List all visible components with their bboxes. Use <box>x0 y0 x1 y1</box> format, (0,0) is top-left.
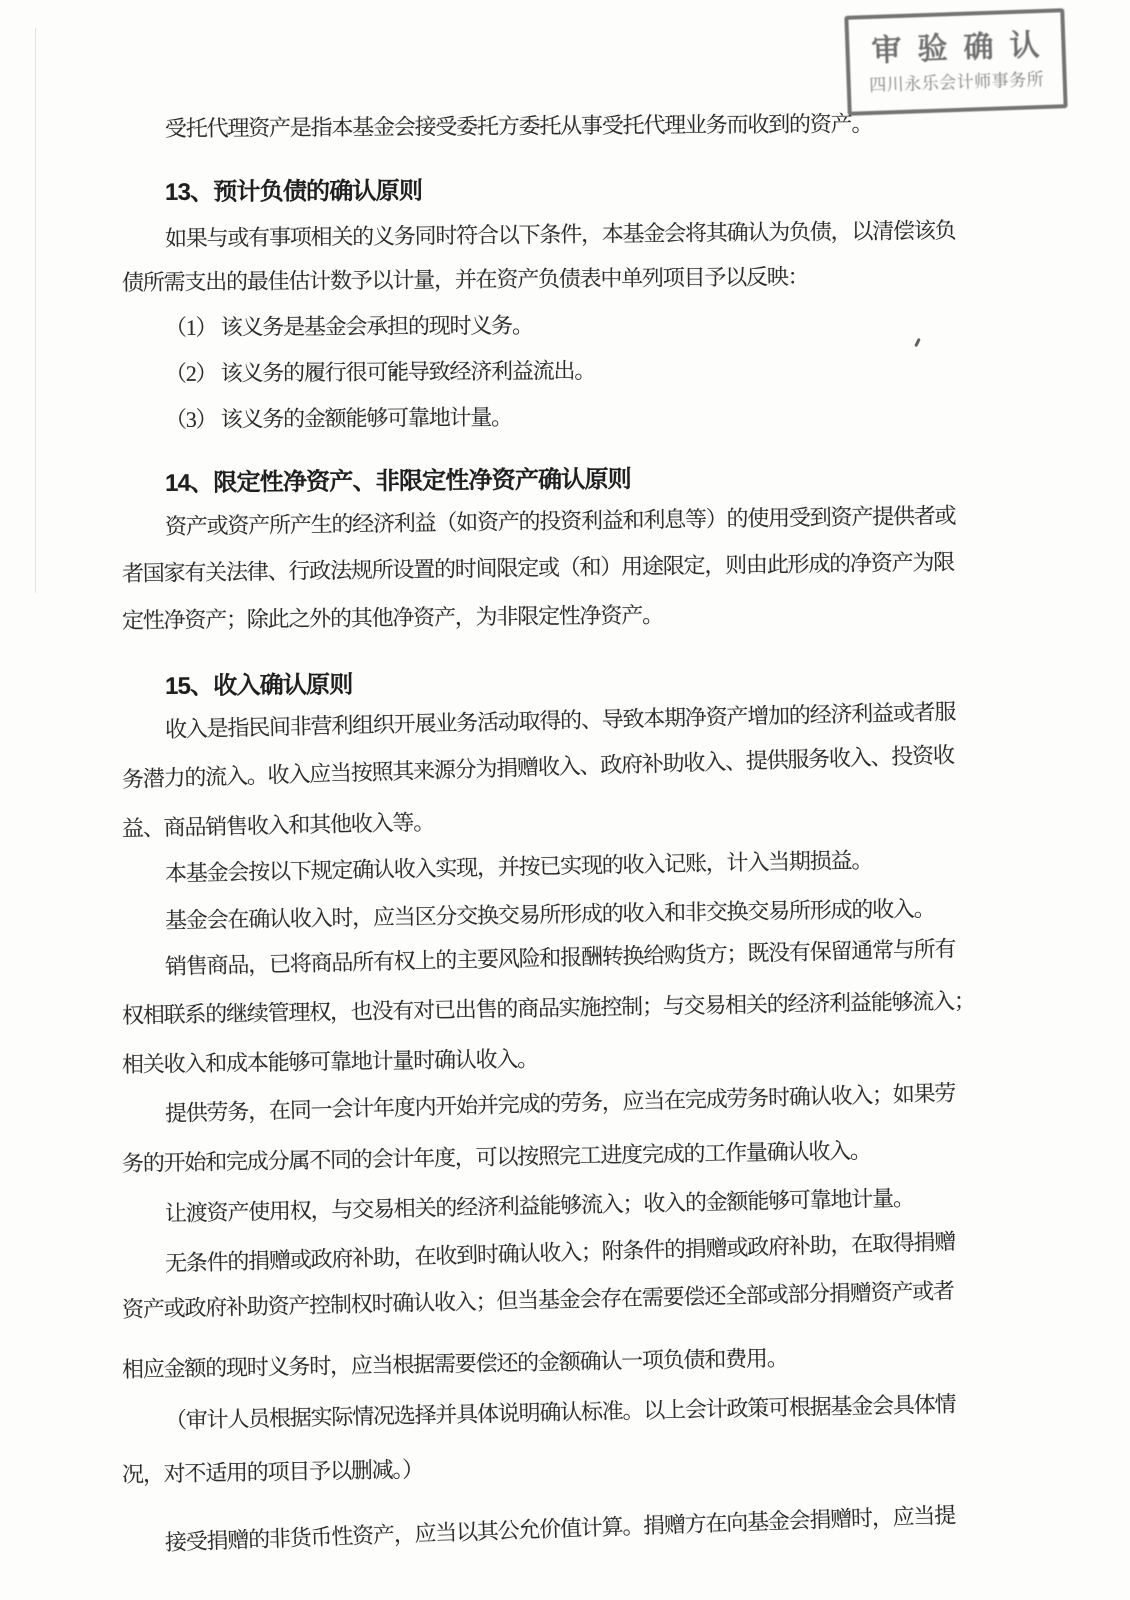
paragraph-line: 相应金额的现时义务时，应当根据需要偿还的金额确认一项负债和费用。 <box>122 1341 788 1384</box>
paragraph-line: 者国家有关法律、行政法规所设置的时间限定或（和）用途限定，则由此形成的净资产为限 <box>122 545 954 588</box>
section-heading-14: 14、限定性净资产、非限定性净资产确认原则 <box>165 459 631 498</box>
scanned-document-page: 审验确认 四川永乐会计师事务所 受托代理资产是指本基金会接受委托方委托从事受托代… <box>0 0 1130 1600</box>
stamp-office-name: 四川永乐会计师事务所 <box>869 64 1045 95</box>
paragraph-line: 基金会在确认收入时，应当区分交换交易所形成的收入和非交换交易所形成的收入。 <box>165 892 935 935</box>
paragraph-line: 益、商品销售收入和其他收入等。 <box>122 805 435 843</box>
stamp-title: 审验确认 <box>855 28 1056 68</box>
paragraph-line: 资产或政府补助资产控制权时确认收入；但当基金会存在需要偿还全部或部分捐赠资产或者 <box>122 1274 955 1324</box>
paragraph-line: 务潜力的流入。收入应当按照其来源分为捐赠收入、政府补助收入、提供服务收入、投资收 <box>122 738 955 794</box>
paragraph-line: 如果与或有事项相关的义务同时符合以下条件，本基金会将其确认为负债，以清偿该负 <box>165 214 956 253</box>
paragraph-line: （审计人员根据实际情况选择并具体说明确认标准。以上会计政策可根据基金会具体情 <box>165 1387 956 1435</box>
paragraph-line: 定性净资产；除此之外的其他净资产，为非限定性净资产。 <box>122 598 663 635</box>
paragraph-line: 无条件的捐赠或政府补助，在收到时确认收入；附条件的捐赠或政府补助，在取得捐赠 <box>165 1225 956 1278</box>
list-item-2: （2） 该义务的履行很可能导致经济利益流出。 <box>165 354 595 388</box>
paragraph-line: 受托代理资产是指本基金会接受委托方委托从事受托代理业务而收到的资产。 <box>165 107 872 143</box>
scan-artifact-line <box>35 28 36 593</box>
paragraph-line: 务的开始和完成分属不同的会计年度，可以按照完工进度完成的工作量确认收入。 <box>122 1134 871 1178</box>
paragraph-line: 让渡资产使用权，与交易相关的经济利益能够流入；收入的金额能够可靠地计量。 <box>165 1181 914 1228</box>
list-item-1: （1） 该义务是基金会承担的现时义务。 <box>165 309 533 342</box>
paragraph-line: 提供劳务，在同一会计年度内开始并完成的劳务，应当在完成劳务时确认收入；如果劳 <box>165 1076 956 1128</box>
paragraph-line: 收入是指民间非营利组织开展业务活动取得的、导致本期净资产增加的经济利益或者服 <box>165 695 956 744</box>
section-heading-13: 13、预计负债的确认原则 <box>165 171 422 207</box>
paragraph-line: 权相联系的继续管理权，也没有对已出售的商品实施控制；与交易相关的经济利益能够流入… <box>122 984 975 1030</box>
ink-speck <box>914 338 921 347</box>
list-item-3: （3） 该义务的金额能够可靠地计量。 <box>165 401 512 434</box>
paragraph-line: 况，对不适用的项目予以删减。） <box>122 1453 424 1489</box>
section-heading-15: 15、收入确认原则 <box>165 664 353 701</box>
paragraph-line: 相关收入和成本能够可靠地计量时确认收入。 <box>122 1042 538 1079</box>
paragraph-line: 债所需支出的最佳估计数予以计量，并在资产负债表中单列项目予以反映： <box>122 260 809 297</box>
paragraph-line: 本基金会按以下规定确认收入实现，并按已实现的收入记账，计入当期损益。 <box>165 843 873 888</box>
paragraph-line: 接受捐赠的非货币性资产，应当以其公允价值计算。捐赠方在向基金会捐赠时，应当提 <box>164 1498 955 1557</box>
audit-verification-stamp: 审验确认 四川永乐会计师事务所 <box>844 8 1067 116</box>
paragraph-line: 销售商品，已将商品所有权上的主要风险和报酬转换给购货方；既没有保留通常与所有 <box>165 932 956 981</box>
paragraph-line: 资产或资产所产生的经济利益（如资产的投资利益和利息等）的使用受到资产提供者或 <box>165 499 956 541</box>
